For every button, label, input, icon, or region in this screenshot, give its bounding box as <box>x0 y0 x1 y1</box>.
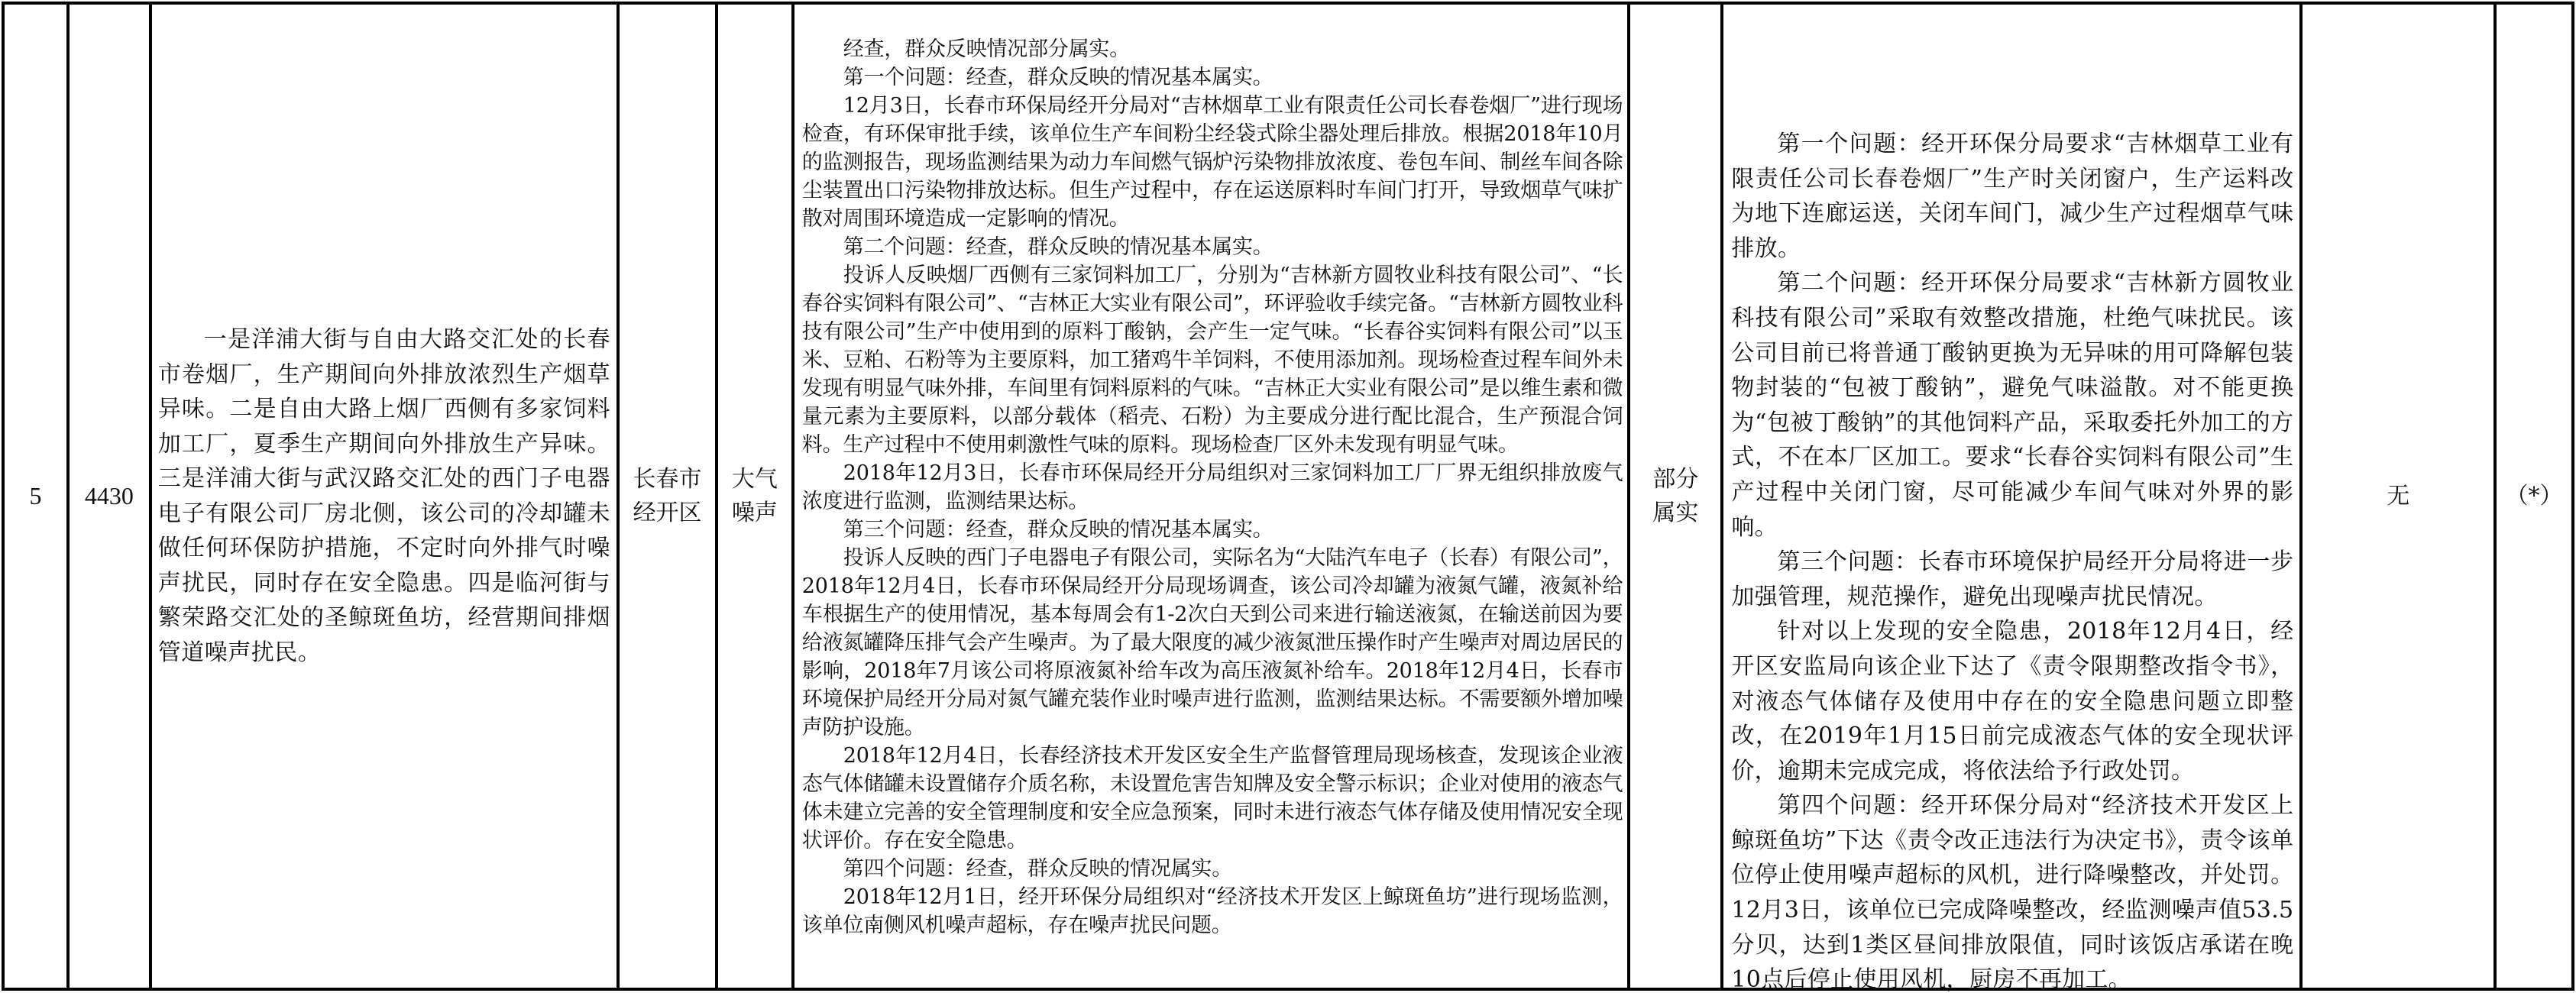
investigation-paragraph: 第一个问题：经查，群众反映的情况基本属实。 <box>802 63 1623 92</box>
cell-index: 5 <box>5 5 70 988</box>
complaint-text: 一是洋浦大街与自由大路交汇处的长春市卷烟厂，生产期间向外排放浓烈生产烟草异味。二… <box>158 322 610 670</box>
cell-investigation: 经查，群众反映情况部分属实。 第一个问题：经查，群众反映的情况基本属实。 12月… <box>794 5 1631 988</box>
rectification-paragraph: 第四个问题：经开环保分局对“经济技术开发区上鲸斑鱼坊”下达《责令改正违法行为决定… <box>1731 788 2293 993</box>
rectification-paragraph: 第三个问题：长春市环境保护局经开分局将进一步加强管理，规范操作，避免出现噪声扰民… <box>1731 545 2293 614</box>
rectification-paragraph: 针对以上发现的安全隐患，2018年12月4日，经开区安监局向该企业下达了《责令限… <box>1731 614 2293 788</box>
cell-pollution-type: 大气 噪声 <box>718 5 794 988</box>
cell-case-number: 4430 <box>70 5 152 988</box>
investigation-paragraph: 投诉人反映的西门子电器电子有限公司，实际名为“大陆汽车电子（长春）有限公司”，2… <box>802 544 1623 742</box>
investigation-body: 经查，群众反映情况部分属实。 第一个问题：经查，群众反映的情况基本属实。 12月… <box>802 5 1623 940</box>
cell-verification-status: 部分 属实 <box>1630 5 1723 988</box>
investigation-paragraph: 2018年12月4日，长春经济技术开发区安全生产监督管理局现场核查，发现该企业液… <box>802 742 1623 855</box>
complaint-table: 5 4430 一是洋浦大街与自由大路交汇处的长春市卷烟厂，生产期间向外排放浓烈生… <box>2 2 2574 991</box>
area-line-2: 经开区 <box>633 496 701 530</box>
note-text: （*） <box>2506 480 2563 513</box>
row-index: 5 <box>29 482 41 510</box>
verification-line-2: 属实 <box>1652 496 1698 530</box>
cell-note: （*） <box>2497 5 2571 988</box>
accountability-text: 无 <box>2387 480 2409 513</box>
investigation-paragraph: 第二个问题：经查，群众反映的情况基本属实。 <box>802 233 1623 261</box>
rectification-paragraph: 第二个问题：经开环保分局要求“吉林新方圆牧业科技有限公司”采取有效整改措施，杜绝… <box>1731 266 2293 545</box>
verification-line-1: 部分 <box>1652 463 1698 496</box>
investigation-paragraph: 12月3日，长春市环保局经开分局对“吉林烟草工业有限责任公司长春卷烟厂”进行现场… <box>802 92 1623 233</box>
pollution-type-2: 噪声 <box>732 496 778 530</box>
investigation-paragraph: 2018年12月3日，长春市环保局经开分局组织对三家饲料加工厂厂界无组织排放废气… <box>802 459 1623 516</box>
investigation-paragraph: 第四个问题：经查，群众反映的情况属实。 <box>802 855 1623 883</box>
cell-complaint: 一是洋浦大街与自由大路交汇处的长春市卷烟厂，生产期间向外排放浓烈生产烟草异味。二… <box>152 5 620 988</box>
rectification-paragraph: 第一个问题：经开环保分局要求“吉林烟草工业有限责任公司长春卷烟厂”生产时关闭窗户… <box>1731 127 2293 266</box>
area-line-1: 长春市 <box>633 463 701 496</box>
cell-area: 长春市 经开区 <box>620 5 718 988</box>
investigation-paragraph: 投诉人反映烟厂西侧有三家饲料加工厂，分别为“吉林新方圆牧业科技有限公司”、“长春… <box>802 261 1623 459</box>
cell-accountability: 无 <box>2303 5 2497 988</box>
pollution-type-1: 大气 <box>732 463 778 496</box>
investigation-paragraph: 2018年12月1日，经开环保分局组织对“经济技术开发区上鲸斑鱼坊”进行现场监测… <box>802 883 1623 940</box>
investigation-paragraph: 第三个问题：经查，群众反映的情况基本属实。 <box>802 516 1623 544</box>
rectification-body: 第一个问题：经开环保分局要求“吉林烟草工业有限责任公司长春卷烟厂”生产时关闭窗户… <box>1731 5 2293 993</box>
investigation-paragraph: 经查，群众反映情况部分属实。 <box>802 35 1623 63</box>
case-number: 4430 <box>85 482 134 510</box>
table-row: 5 4430 一是洋浦大街与自由大路交汇处的长春市卷烟厂，生产期间向外排放浓烈生… <box>5 5 2571 988</box>
cell-rectification: 第一个问题：经开环保分局要求“吉林烟草工业有限责任公司长春卷烟厂”生产时关闭窗户… <box>1723 5 2303 988</box>
